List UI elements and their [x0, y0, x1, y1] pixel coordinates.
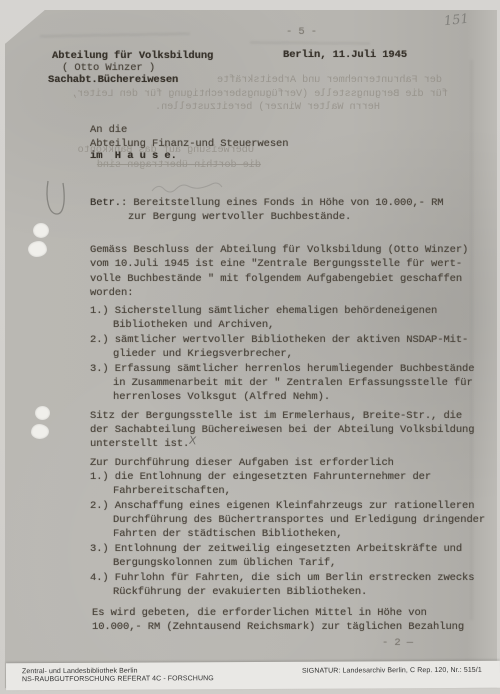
document-scan: 151 - 5 - Abteilung für Volksbildung Ber… [0, 0, 500, 694]
subject-line: Betr.: Bereitstellung eines Fonds in Höh… [90, 197, 443, 210]
body-line: Rückführung der evakuierten Bibliotheken… [113, 586, 367, 599]
handwriting-squiggle [150, 182, 225, 196]
paper-crease [470, 60, 473, 620]
bleedthrough-line: für die Bergungsstelle (Verfügungsberech… [36, 88, 448, 100]
body-line: Fahrten der städtischen Bibliotheken, [113, 528, 342, 541]
body-line: volle Buchbestände " mit folgendem Aufga… [90, 273, 462, 286]
body-line: 2.) sämtlicher wertvoller Bibliotheken d… [90, 334, 468, 347]
bleedthrough-line: Herrn Walter Winzer) bereitzustellen. [150, 101, 380, 113]
body-line: 2.) Anschaffung eines eigenen Kleinfahrz… [90, 500, 474, 513]
body-line: unterstellt ist. [90, 438, 189, 451]
body-line: glieder und Kriegsverbrecher, [113, 348, 293, 361]
body-line: 10.000,- RM (Zehntausend Reichsmark) zur… [92, 621, 464, 634]
body-line: 4.) Fuhrlohn für Fahrten, die sich um Be… [90, 572, 474, 585]
body-line: Durchführung des Büchertransportes und E… [113, 514, 485, 527]
body-line: Bergungskolonnen zum üblichen Tarif, [113, 557, 336, 570]
page-marker-top: - 5 - [286, 26, 317, 39]
handwritten-page-number: 151 [443, 12, 469, 30]
body-line: Gemäss Beschluss der Abteilung für Volks… [90, 244, 468, 257]
archive-footer-bar: Zentral- und Landesbibliothek Berlin NS-… [6, 661, 500, 691]
body-line: Es wird gebeten, die erforderlichen Mitt… [92, 607, 427, 620]
header-place-date: Berlin, 11.Juli 1945 [283, 49, 407, 62]
body-line: der Sachabteilung Büchereiwesen bei der … [90, 424, 474, 437]
punch-hole [31, 424, 49, 439]
body-line: Bibliotheken und Archiven, [113, 319, 274, 332]
body-line: 3.) Entlohnung der zeitweilig eingesetzt… [90, 543, 462, 556]
punch-hole [35, 406, 50, 420]
punch-hole [28, 241, 47, 257]
body-line: Zur Durchführung dieser Aufgaben ist erf… [90, 457, 394, 470]
body-line: vom 10.Juli 1945 ist eine "Zentrale Berg… [90, 258, 462, 271]
recipient-salutation: An die [90, 124, 127, 137]
body-line: 1.) die Entlohnung der eingesetzten Fahr… [90, 471, 431, 484]
body-line: Sitz der Bergungsstelle ist im Ermelerha… [90, 410, 462, 423]
recipient-location: im H a u s e. [90, 150, 177, 163]
body-line: in Zusammenarbeit mit der " Zentralen Er… [113, 377, 473, 390]
page-marker-bottom: - 2 — [382, 637, 413, 650]
archive-department: NS-RAUBGUTFORSCHUNG REFERAT 4C - FORSCHU… [22, 675, 214, 685]
body-line: Fahrbereitschaften, [113, 485, 231, 498]
body-line: worden: [90, 287, 133, 300]
archive-signatur: SIGNATUR: Landesarchiv Berlin, C Rep. 12… [302, 667, 482, 676]
punch-hole [33, 223, 49, 238]
body-line: 3.) Erfassung sämtlicher herrenlos herum… [90, 363, 474, 376]
body-line: 1.) Sicherstellung sämtlicher ehemaligen… [90, 305, 437, 318]
subject-text: : Bereitstellung eines Fonds in Höhe von… [121, 197, 443, 209]
body-line: herrenloses Volksgut (Alfred Nehm). [113, 391, 330, 404]
subject-label: Betr. [90, 197, 121, 209]
subject-line2: zur Bergung wertvoller Buchbestände. [128, 211, 351, 224]
bleedthrough-line: der Fahrunternehmer und Arbeitskräfte [42, 74, 442, 86]
pencil-u-mark [44, 178, 70, 220]
